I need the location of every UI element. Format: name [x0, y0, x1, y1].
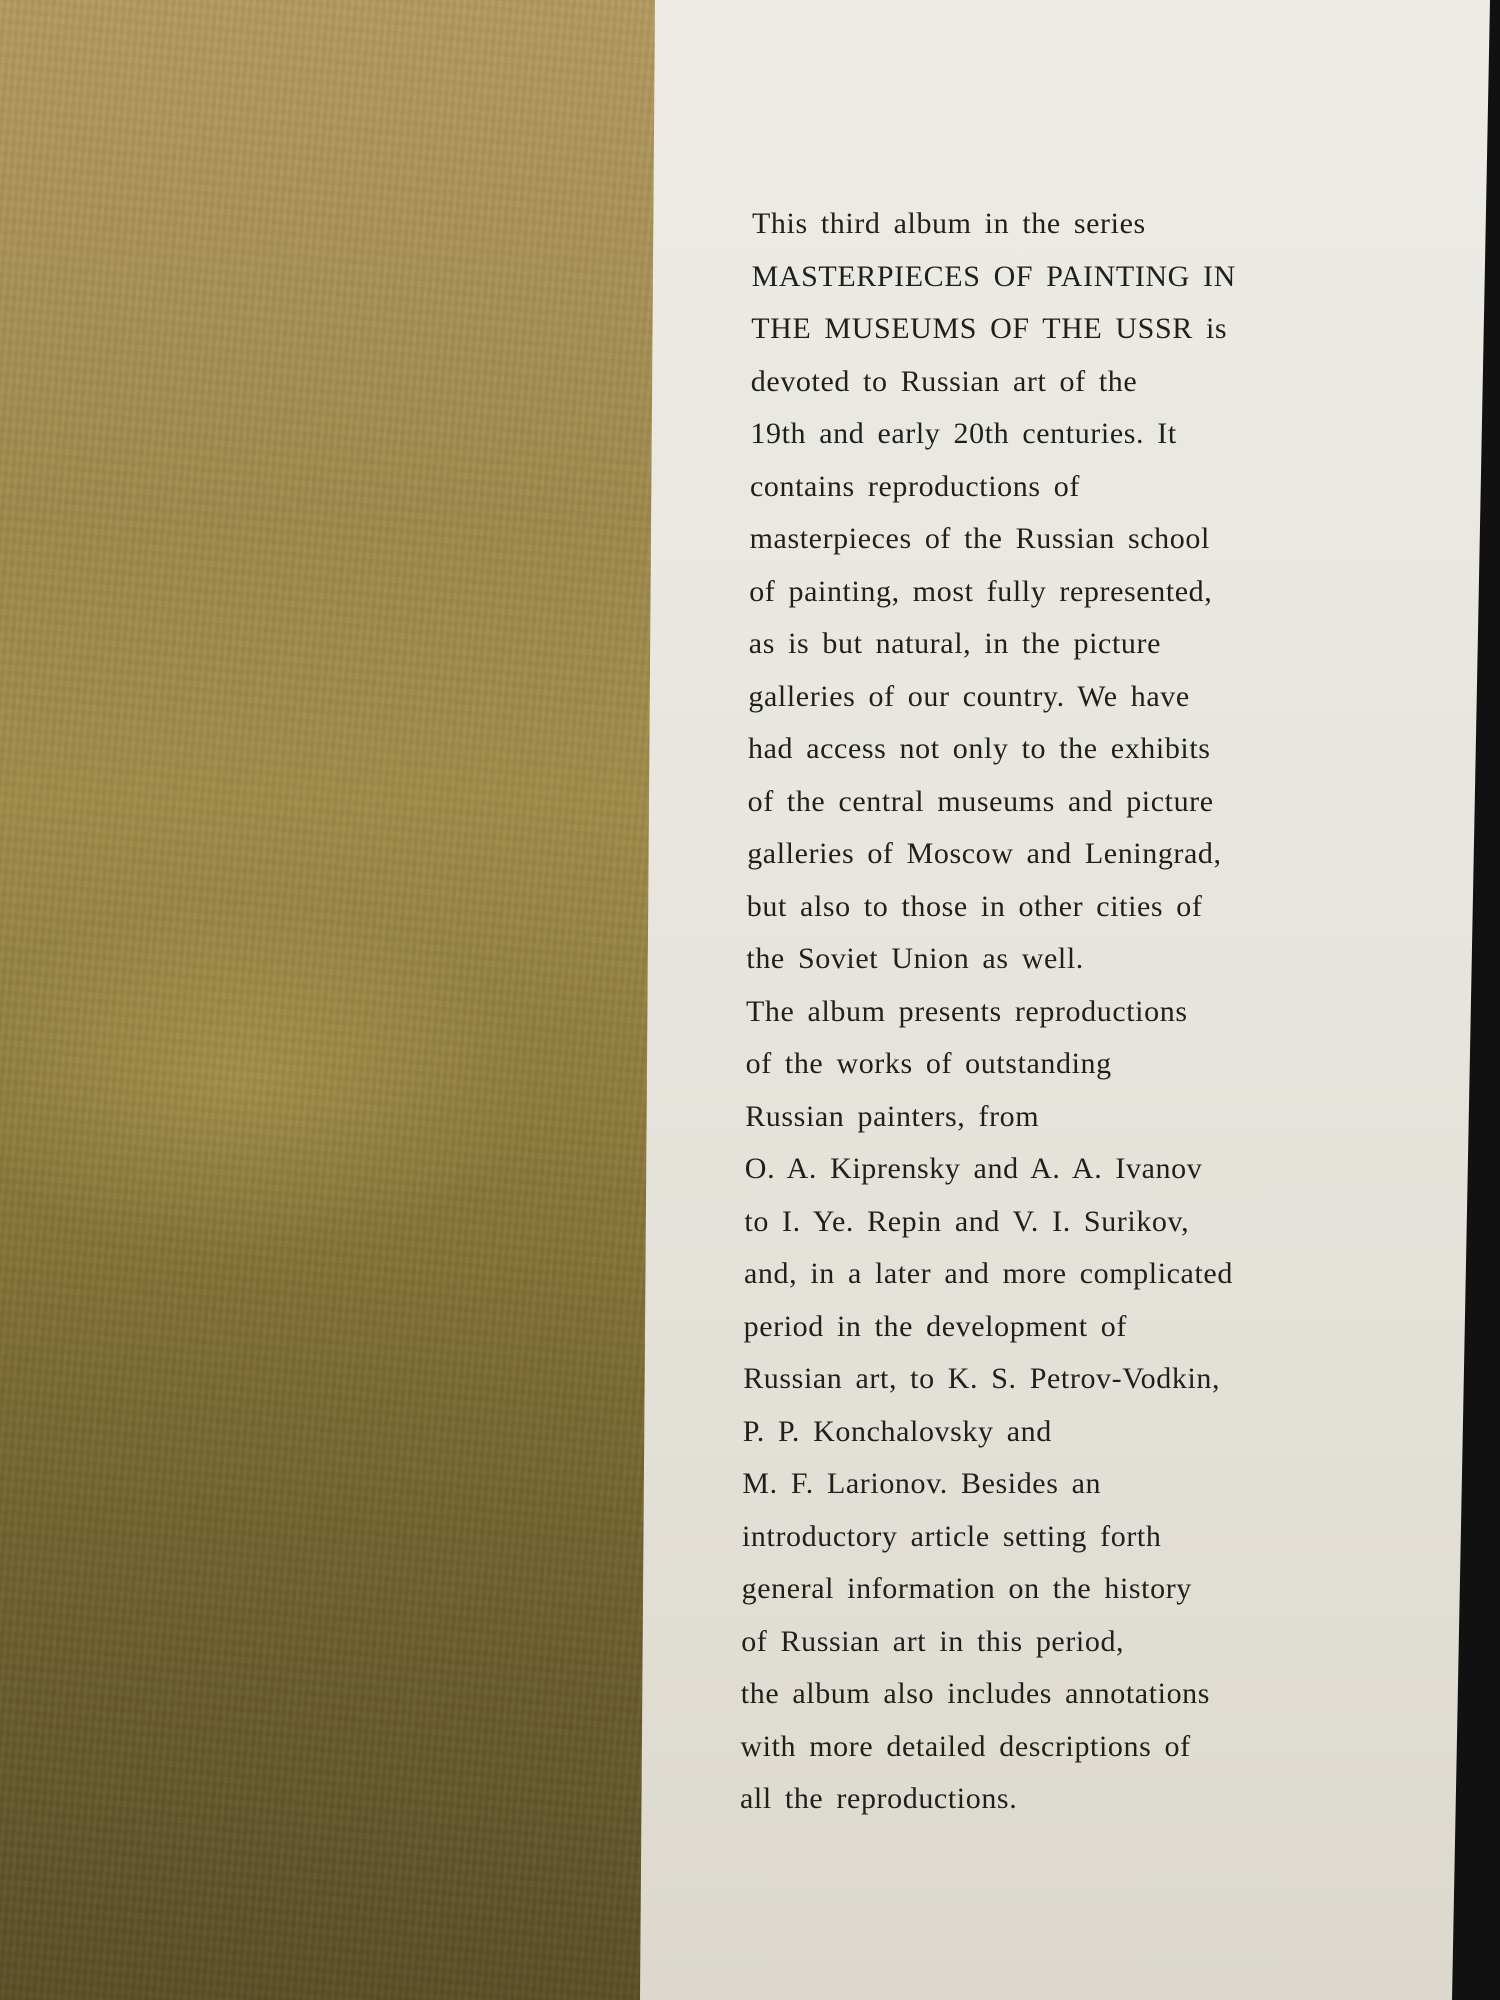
text-line: galleries of our country. We have — [748, 671, 1368, 724]
text-line: introductory article setting forth — [742, 1511, 1362, 1564]
text-line: as is but natural, in the picture — [749, 618, 1369, 671]
text-line: period in the development of — [744, 1301, 1364, 1354]
text-line: MASTERPIECES OF PAINTING IN — [752, 251, 1372, 304]
text-line: to I. Ye. Repin and V. I. Surikov, — [744, 1196, 1364, 1249]
flap-text-block: This third album in the series MASTERPIE… — [752, 198, 1372, 1826]
text-line: general information on the history — [742, 1563, 1362, 1616]
text-line: M. F. Larionov. Besides an — [742, 1458, 1362, 1511]
text-line: O. A. Kiprensky and A. A. Ivanov — [745, 1143, 1365, 1196]
text-line: all the reproductions. — [740, 1773, 1360, 1826]
text-line: Russian painters, from — [745, 1091, 1365, 1144]
text-line: devoted to Russian art of the — [751, 356, 1371, 409]
text-line: of Russian art in this period, — [741, 1616, 1361, 1669]
text-line: of painting, most fully represented, — [749, 566, 1369, 619]
text-line: the Soviet Union as well. — [746, 933, 1366, 986]
text-line: masterpieces of the Russian school — [750, 513, 1370, 566]
text-line: Russian art, to K. S. Petrov-Vodkin, — [743, 1353, 1363, 1406]
text-line: the album also includes annotations — [741, 1668, 1361, 1721]
text-line: This third album in the series — [752, 198, 1372, 251]
text-line: with more detailed descriptions of — [740, 1721, 1360, 1774]
text-line: of the works of outstanding — [746, 1038, 1366, 1091]
text-line: THE MUSEUMS OF THE USSR is — [751, 303, 1371, 356]
gold-cover-panel — [0, 0, 660, 2000]
text-line: of the central museums and picture — [748, 776, 1368, 829]
text-line: P. P. Konchalovsky and — [743, 1406, 1363, 1459]
text-line: 19th and early 20th centuries. It — [750, 408, 1370, 461]
text-line: galleries of Moscow and Leningrad, — [747, 828, 1367, 881]
text-line: The album presents reproductions — [746, 986, 1366, 1039]
text-line: contains reproductions of — [750, 461, 1370, 514]
text-line: had access not only to the exhibits — [748, 723, 1368, 776]
text-line: and, in a later and more complicated — [744, 1248, 1364, 1301]
text-line: but also to those in other cities of — [747, 881, 1367, 934]
